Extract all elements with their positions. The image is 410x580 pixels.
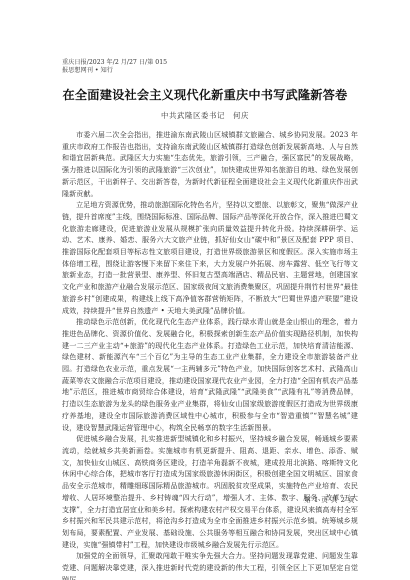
paragraph: 立足地方资源优势，推动旅游国际化特色名片，坚持以文塑旅、以旅彰文，聚焦“做深产业… — [62, 199, 358, 316]
article-byline: 中共武隆区委书记 何庆 — [0, 110, 410, 121]
source-line: 重庆日报/2023 年/2 月/27 日/第 015 — [62, 59, 167, 67]
paragraph: 市委六届二次全会指出，推进渝东南武陵山区城镇群文旅融合、城乡协同发展。2023 … — [62, 129, 358, 199]
column-line: 报思想网刊 • 知行 — [62, 67, 167, 75]
document-page: 重庆日报/2023 年/2 月/27 日/第 015 报思想网刊 • 知行 在全… — [0, 0, 410, 580]
paragraph: 推动绿色示范创新，优化现代化生态产业体系，践行绿水青山就是金山银山的理念，着力推… — [62, 316, 358, 433]
page-number: 第 1 页 共 2 页 — [304, 494, 355, 504]
article-body: 市委六届二次全会指出，推进渝东南武陵山区城镇群文旅融合、城乡协同发展。2023 … — [62, 129, 358, 580]
paragraph: 加强党的全面领导，汇聚敢闯敢干唯实争先强大合力。坚持问题发现靠党建、问题发生靠党… — [62, 550, 358, 580]
article-title: 在全面建设社会主义现代化新重庆中书写武隆新答卷 — [0, 86, 410, 103]
document-meta: 重庆日报/2023 年/2 月/27 日/第 015 报思想网刊 • 知行 — [62, 59, 167, 75]
paragraph: 促进城乡融合发展，扎实推进新型城镇化和乡村振兴，坚持城乡融合发展，畅通城乡要素流… — [62, 433, 358, 550]
